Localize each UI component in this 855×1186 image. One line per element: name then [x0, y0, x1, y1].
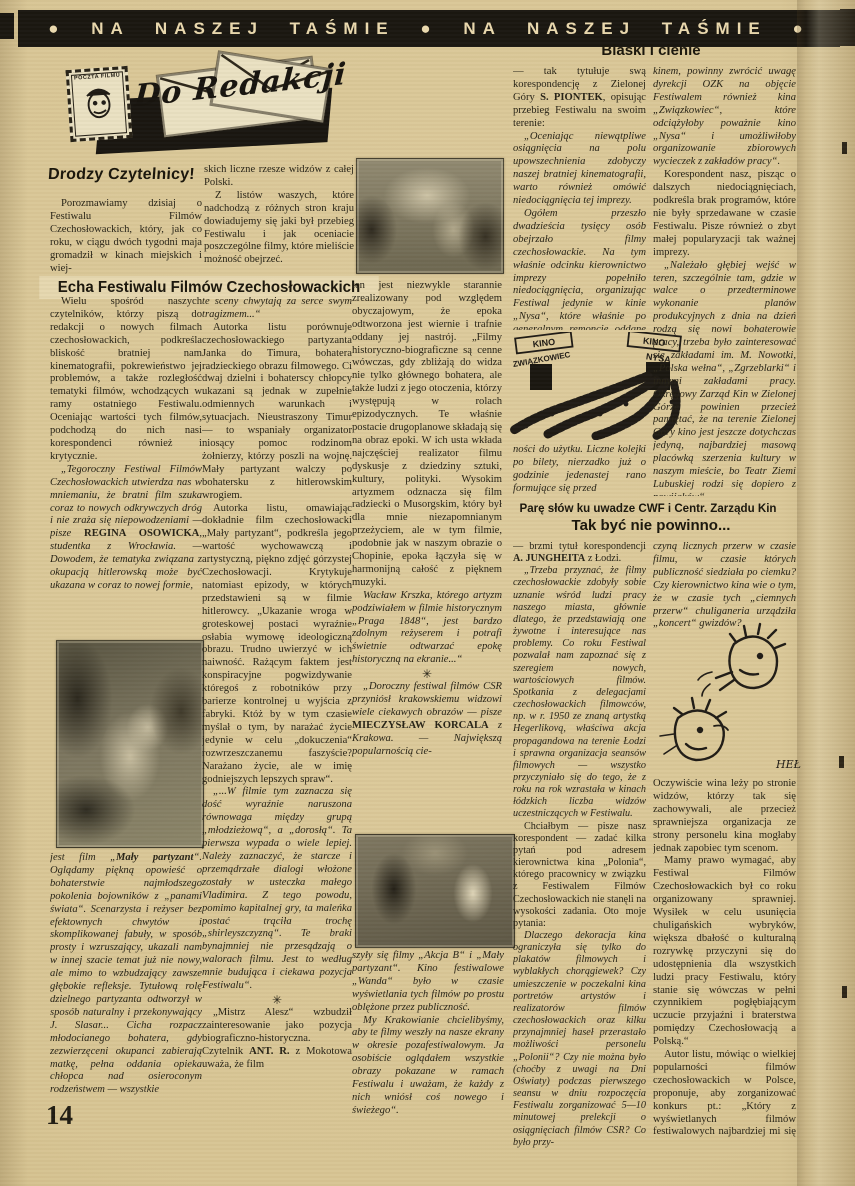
column-4-caption: ności do użytku. Liczne kolejki po bilet… [513, 444, 646, 500]
page-number: 14 [46, 1100, 73, 1131]
scan-edge-mark [842, 986, 847, 998]
paragraph: — tak tytułuje swą korespondencję z Ziel… [513, 66, 646, 131]
paragraph: te sceny chwytają za serce swym tragizme… [202, 296, 352, 322]
binding-edge [797, 0, 855, 1186]
intro-column-b: skich liczne rzesze widzów z całej Polsk… [204, 164, 354, 278]
paragraph: Autorka listu porównuje czechosłowackieg… [202, 322, 352, 503]
paragraph: kinem, powinny zwrócić uwagę dyrekcji OZ… [653, 66, 796, 169]
paragraph: „...W filmie tym zaznacza się dość wyraź… [202, 786, 352, 993]
paragraph: Mamy prawo wymagać, aby Festiwal Filmów … [653, 855, 796, 1049]
whistling-hooligans-cartoon: HEŁ [648, 622, 806, 774]
paragraph: „Trzeba przyznać, że filmy czechosłowack… [513, 565, 646, 820]
banner-edge-mark-right [840, 9, 855, 46]
paragraph: Oczywiście wina leży po stronie widzów, … [653, 778, 796, 855]
cinema-sign-left-kino: KINO [532, 337, 556, 350]
paragraph: skich liczne rzesze widzów z całej Polsk… [204, 164, 354, 190]
paragraph: Ogółem przeszło dwadzieścia tysięcy osób… [513, 208, 646, 330]
photo-maly-partyzant-still [56, 640, 204, 848]
paragraph: My Krakowianie chcielibyśmy, aby te film… [352, 1015, 504, 1118]
paragraph: ności do użytku. Liczne kolejki po bilet… [513, 444, 646, 496]
paragraph: — brzmi tytuł korespondencji A. JUNGHEIT… [513, 541, 646, 565]
intro-column-a: Porozmawiamy dzisiaj o Festiwalu Filmów … [50, 198, 202, 278]
column-5-tak-bottom: Oczywiście wina leży po stronie widzów, … [653, 778, 796, 1138]
paragraph: szyły się filmy „Akcja B“ i „Mały partyz… [352, 950, 504, 1015]
paragraph: Korespondent nasz, pisząc o dalszych nie… [653, 169, 796, 259]
column-5-blaski: kinem, powinny zwrócić uwagę dyrekcji OZ… [653, 66, 796, 496]
paragraph: Chciałbym — pisze nasz korespondent — za… [513, 821, 646, 930]
paragraph: „Należało głębiej wejść w teren, szczegó… [653, 260, 796, 496]
column-3-bottom: szyły się filmy „Akcja B“ i „Mały partyz… [352, 950, 504, 1126]
scanned-page-background: ● NA NASZEJ TAŚMIE ● NA NASZEJ TAŚMIE ● … [0, 0, 855, 1186]
paragraph: Wielu spośród naszych czytelników, którz… [50, 296, 202, 464]
cinema-door-left [530, 364, 552, 390]
column-4-bottom: — brzmi tytuł korespondencji A. JUNGHEIT… [513, 541, 646, 1149]
paragraph: jest film „Mały partyzant“. Oglądamy pię… [50, 852, 202, 1097]
paragraph: ✳ [352, 667, 502, 681]
paragraph: Porozmawiamy dzisiaj o Festiwalu Filmów … [50, 198, 202, 275]
column-3-top: ten jest niezwykle starannie zrealizowan… [352, 280, 502, 830]
column-4-top: — tak tytułuje swą korespondencję z Ziel… [513, 66, 646, 330]
paragraph: „Doroczny festiwal filmów CSR przyniósł … [352, 681, 502, 758]
paragraph: Autorka listu, omawiając dokładnie film … [202, 503, 352, 787]
cartoon-signature: HEŁ [775, 758, 801, 771]
paragraph: Wacław Krszka, którego artyzm podziwiałe… [352, 590, 502, 667]
stamp-caricature-face-icon [78, 79, 119, 124]
headline-drodzy-czytelnicy: Drodzy Czytelnicy! [47, 166, 208, 184]
scan-edge-mark [839, 756, 844, 768]
column-5-tak-top: czyną licznych przerw w czasie filmu, w … [653, 541, 796, 635]
kicker-pare-slow: Parę słów ku uwadze CWF i Centr. Zarządu… [499, 501, 797, 515]
paragraph: Dlaczego dekoracja kina ograniczyła się … [513, 930, 646, 1149]
column-1-bottom: jest film „Mały partyzant“. Oglądamy pię… [50, 852, 202, 1098]
do-redakcji-masthead: POCZTA FILMU Do Redakcji [64, 54, 332, 156]
stamp-icon: POCZTA FILMU [66, 66, 133, 142]
photo-akcja-b-still [355, 834, 515, 948]
paragraph: „Mistrz Alesz“ wzbudził zainteresowanie … [202, 1007, 352, 1072]
column-2: te sceny chwytają za serce swym tragizme… [202, 296, 352, 1132]
paragraph: ✳ [202, 993, 352, 1007]
paragraph: Z listów waszych, które nadchodzą z różn… [204, 190, 354, 267]
paragraph: Autor listu, mówiąc o wielkiej popularno… [653, 1049, 796, 1138]
banner-edge-mark-left [0, 13, 14, 39]
paragraph: ten jest niezwykle starannie zrealizowan… [352, 280, 502, 590]
photo-film-interior-still [356, 158, 504, 274]
article-header-blaski-i-cienie: Blaski i cienie [505, 42, 797, 59]
paragraph: „Oceniając niewątpliwe osiągnięcia na po… [513, 131, 646, 208]
scan-edge-mark [842, 142, 847, 154]
column-1-top: Wielu spośród naszych czytelników, którz… [50, 296, 202, 638]
paragraph: „Tegoroczny Festiwal Filmów Czechosłowac… [50, 464, 202, 593]
magazine-page-scan: { "banner": { "text": "● NA NASZEJ TAŚMI… [0, 0, 855, 1186]
paragraph: czyną licznych przerw w czasie filmu, w … [653, 541, 796, 631]
article-header-tak-byc-nie-powinno: Tak być nie powinno... [505, 517, 797, 534]
